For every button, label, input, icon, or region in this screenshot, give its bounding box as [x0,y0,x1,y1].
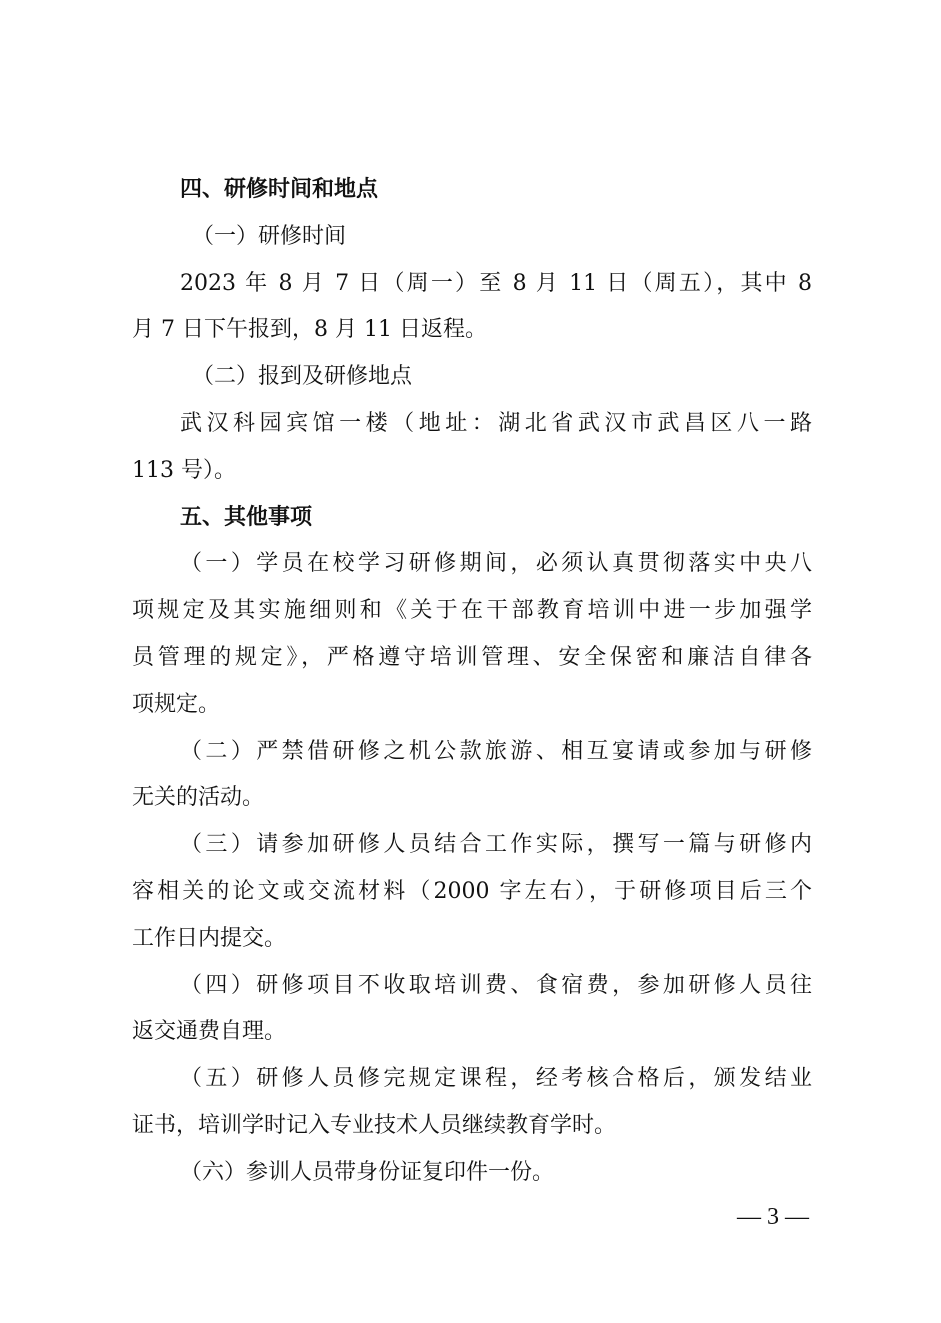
list-item: （六）参训人员带身份证复印件一份。 [132,1150,812,1197]
subsection-title: （二）报到及研修地点 [132,354,812,401]
body-line: 工作日内提交。 [132,916,812,963]
body-line: （六）参训人员带身份证复印件一份。 [132,1150,812,1197]
page-number: — 3 — [728,1204,818,1231]
section-heading: 五、其他事项 [132,495,812,542]
list-item: （三）请参加研修人员结合工作实际，撰写一篇与研修内 容相关的论文或交流材料（20… [132,822,812,962]
body-line: （四）研修项目不收取培训费、食宿费，参加研修人员往 [132,963,812,1010]
section-5: 五、其他事项 （一）学员在校学习研修期间，必须认真贯彻落实中央八 项规定及其实施… [132,495,812,1197]
body-line: 项规定及其实施细则和《关于在干部教育培训中进一步加强学 [132,588,812,635]
section-4: 四、研修时间和地点 （一）研修时间 2023 年 8 月 7 日（周一）至 8 … [132,167,812,495]
section-heading: 四、研修时间和地点 [132,167,812,214]
body-line: 月 7 日下午报到，8 月 11 日返程。 [132,307,812,354]
document-page: 四、研修时间和地点 （一）研修时间 2023 年 8 月 7 日（周一）至 8 … [132,167,812,1197]
body-line: 2023 年 8 月 7 日（周一）至 8 月 11 日（周五），其中 8 [132,261,812,308]
body-line: 无关的活动。 [132,775,812,822]
body-line: （一）学员在校学习研修期间，必须认真贯彻落实中央八 [132,541,812,588]
body-line: （三）请参加研修人员结合工作实际，撰写一篇与研修内 [132,822,812,869]
list-item: （一）学员在校学习研修期间，必须认真贯彻落实中央八 项规定及其实施细则和《关于在… [132,541,812,728]
body-line: （五）研修人员修完规定课程，经考核合格后，颁发结业 [132,1056,812,1103]
list-item: （二）严禁借研修之机公款旅游、相互宴请或参加与研修 无关的活动。 [132,729,812,823]
subsection-title: （一）研修时间 [132,214,812,261]
list-item: （五）研修人员修完规定课程，经考核合格后，颁发结业 证书，培训学时记入专业技术人… [132,1056,812,1150]
body-line: 员管理的规定》，严格遵守培训管理、安全保密和廉洁自律各 [132,635,812,682]
body-line: 113 号）。 [132,448,812,495]
list-item: （四）研修项目不收取培训费、食宿费，参加研修人员往 返交通费自理。 [132,963,812,1057]
body-line: 容相关的论文或交流材料（2000 字左右），于研修项目后三个 [132,869,812,916]
body-line: 项规定。 [132,682,812,729]
body-line: 证书，培训学时记入专业技术人员继续教育学时。 [132,1103,812,1150]
body-line: 武汉科园宾馆一楼（地址：湖北省武汉市武昌区八一路 [132,401,812,448]
body-line: 返交通费自理。 [132,1009,812,1056]
body-line: （二）严禁借研修之机公款旅游、相互宴请或参加与研修 [132,729,812,776]
